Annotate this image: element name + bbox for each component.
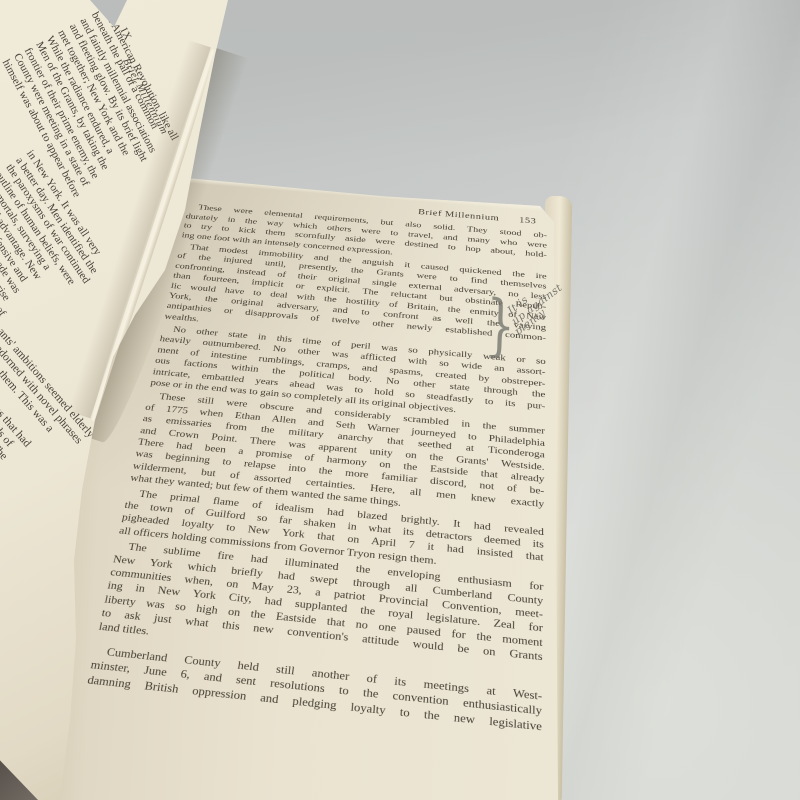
page-number: 153 [519, 215, 536, 226]
book-photo: Brief Millennium 153 These were elementa… [0, 0, 800, 800]
annotation-brace: } [484, 286, 516, 366]
